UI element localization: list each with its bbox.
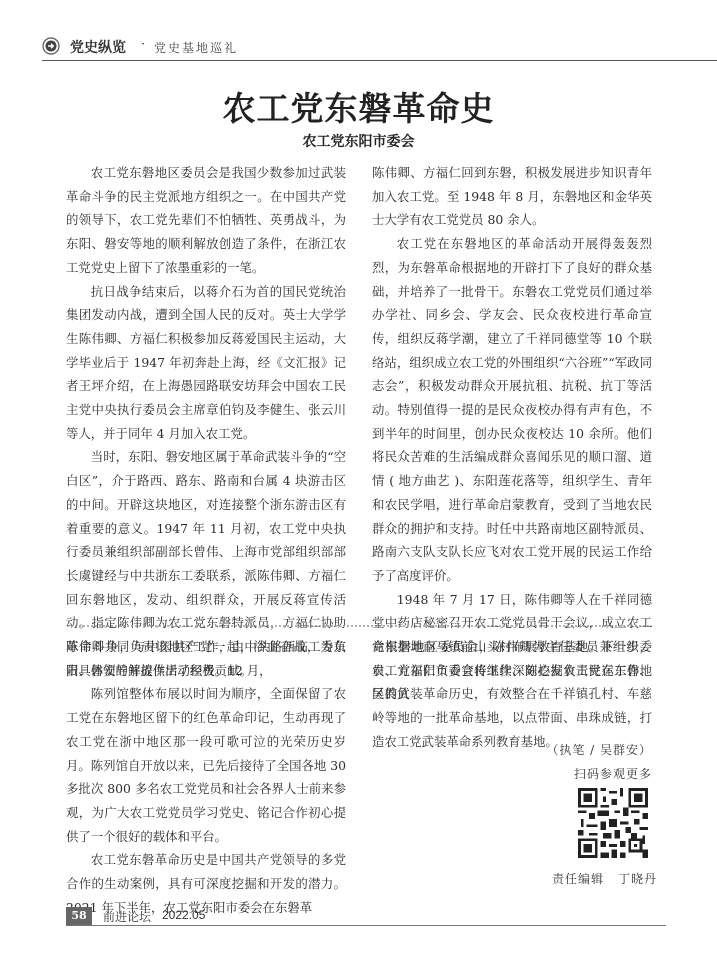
arrow-circle-icon: [42, 37, 60, 55]
subsection-name: 党史基地巡礼: [154, 39, 238, 56]
paragraph: 抗日战争结束后，以蒋介石为首的国民党统治集团发动内战，遭到全国人民的反对。英士大…: [66, 280, 346, 446]
paragraph: 农工党在东磐地区的革命活动开展得轰轰烈烈，为东磐革命根据地的开辟打下了良好的群众…: [372, 232, 652, 588]
issue-date: 2022.05: [162, 908, 205, 922]
paragraph: 陈伟卿、方福仁回到东磐，积极发展进步知识青年加入农工党。至 1948 年 8 月…: [372, 161, 652, 232]
article-byline: 农工党东阳市委会: [0, 131, 717, 151]
writer-credit: （执笔 / 吴群安）: [546, 741, 652, 758]
section-separator: ·: [141, 37, 145, 52]
editor-label: 责任编辑: [552, 872, 604, 886]
section-name: 党史纵览: [70, 37, 126, 57]
scan-prompt: 扫码参观更多: [574, 765, 652, 782]
paragraph: 农工党东磐地区委员会是我国少数参加过武装革命斗争的民主党派地方组织之一。在中国共…: [66, 161, 346, 280]
paragraph: 陈列馆整体布展以时间为顺序，全面保留了农工党在东磐地区留下的红色革命印记，生动再…: [66, 682, 346, 848]
article-column-4: 命根据地南马镇前山头村布展教育基地。下一步，农工党东阳市委会将继续深刻挖掘农工党…: [372, 635, 652, 754]
article-column-3: 革命斗争，与中国共产党一起，浴血奋战，为东阳、磐安的解放作出了积极贡献。 陈列馆…: [66, 635, 346, 919]
paragraph: 命根据地南马镇前山头村布展教育基地。下一步，农工党东阳市委会将继续深刻挖掘农工党…: [372, 635, 652, 754]
qr-code-icon[interactable]: [578, 788, 648, 858]
page-number: 58: [66, 907, 92, 925]
article-column-1: 农工党东磐地区委员会是我国少数参加过武装革命斗争的民主党派地方组织之一。在中国共…: [66, 161, 346, 682]
magazine-name: 前进论坛: [103, 908, 151, 925]
section-header: 党史纵览 · 党史基地巡礼: [42, 36, 717, 61]
dotted-divider: [66, 624, 652, 628]
page-footer: 58 前进论坛 2022.05: [66, 907, 666, 926]
article-title: 农工党东磐革命史: [0, 83, 717, 130]
responsible-editor: 责任编辑丁晓丹: [552, 870, 657, 887]
editor-name: 丁晓丹: [618, 872, 657, 886]
paragraph: 革命斗争，与中国共产党一起，浴血奋战，为东阳、磐安的解放作出了积极贡献。: [66, 635, 346, 682]
